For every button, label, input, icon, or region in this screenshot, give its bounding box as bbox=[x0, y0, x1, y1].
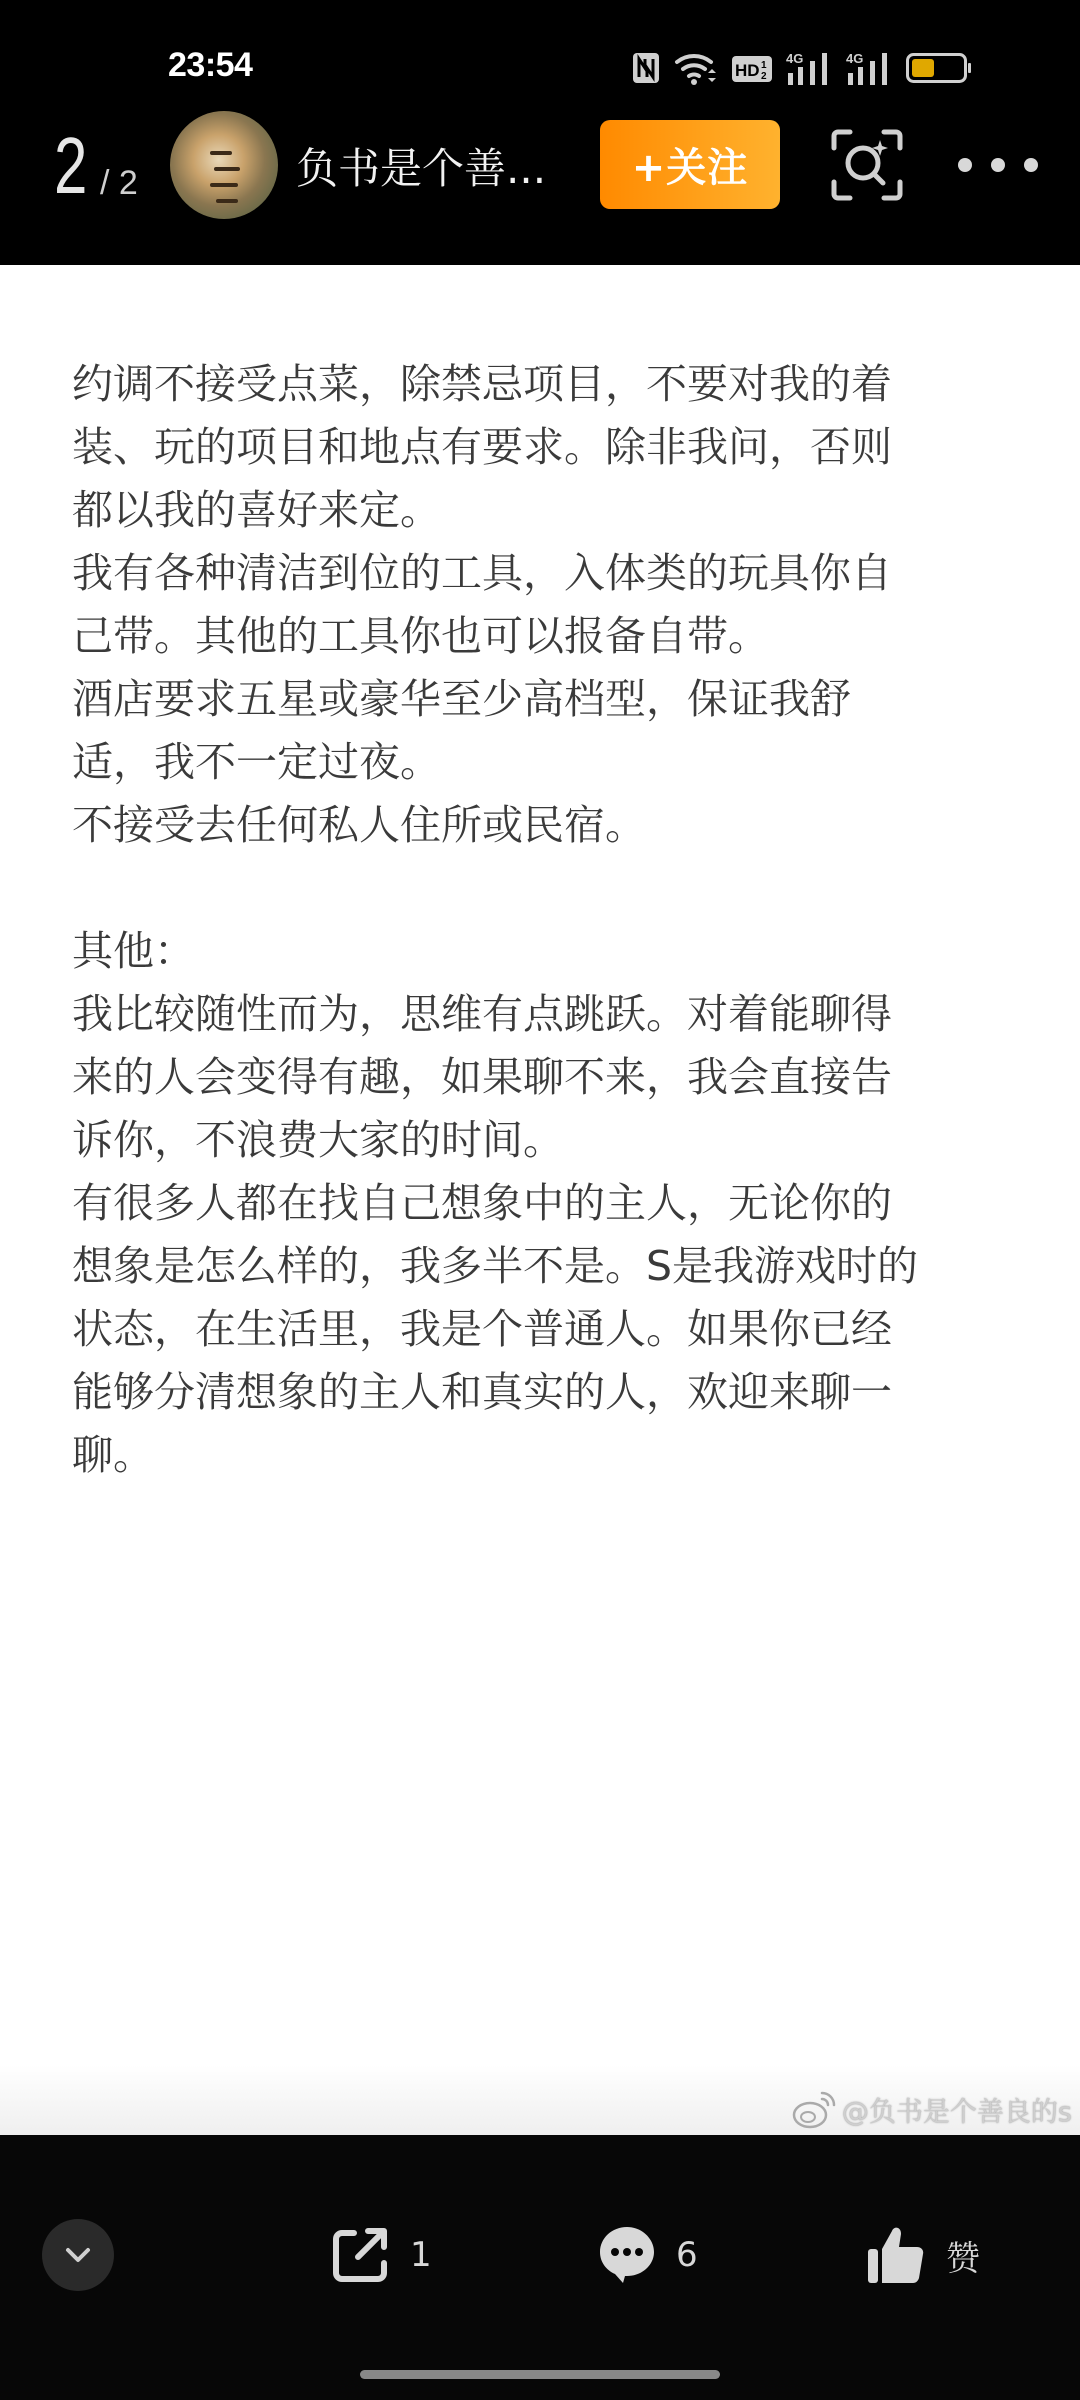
signal-4g-icon: 4G bbox=[846, 51, 892, 85]
nfc-icon bbox=[632, 52, 660, 84]
post-line: 适，我不一定过夜。 bbox=[72, 731, 1032, 794]
post-content: 约调不接受点菜，除禁忌项目，不要对我的着 装、玩的项目和地点有要求。除非我问，否… bbox=[0, 265, 1080, 2135]
scan-search-icon bbox=[830, 128, 904, 202]
home-indicator[interactable] bbox=[360, 2370, 720, 2379]
signal-4g-icon: 4G bbox=[786, 51, 832, 85]
page-indicator: 2 / 2 bbox=[54, 126, 99, 206]
post-line: 己带。其他的工具你也可以报备自带。 bbox=[72, 605, 1032, 668]
follow-button[interactable]: +关注 bbox=[600, 120, 780, 209]
weibo-logo-icon bbox=[792, 2089, 838, 2129]
post-line: 酒店要求五星或豪华至少高档型，保证我舒 bbox=[72, 668, 1032, 731]
scan-button[interactable] bbox=[830, 128, 904, 202]
post-line bbox=[72, 857, 1032, 920]
avatar[interactable] bbox=[170, 111, 278, 219]
post-line: 想象是怎么样的，我多半不是。S是我游戏时的 bbox=[72, 1235, 1032, 1298]
svg-text:4G: 4G bbox=[846, 51, 863, 66]
comment-button[interactable]: 6 bbox=[598, 2225, 698, 2285]
hd-volte-icon: HD12 bbox=[732, 54, 772, 82]
collapse-button[interactable] bbox=[42, 2219, 114, 2291]
thumbs-up-icon bbox=[866, 2225, 926, 2285]
battery-low-icon bbox=[906, 53, 972, 83]
post-line: 状态，在生活里，我是个普通人。如果你已经 bbox=[72, 1298, 1032, 1361]
more-dot-icon bbox=[1024, 158, 1038, 172]
bottom-action-bar: 1 6 赞 bbox=[0, 2135, 1080, 2400]
status-time: 23:54 bbox=[168, 46, 252, 85]
post-line: 能够分清想象的主人和真实的人，欢迎来聊一 bbox=[72, 1361, 1032, 1424]
repost-count: 1 bbox=[410, 2235, 432, 2275]
status-icons: HD12 4G 4G bbox=[632, 51, 972, 85]
svg-text:1: 1 bbox=[761, 60, 767, 71]
post-line: 都以我的喜好来定。 bbox=[72, 479, 1032, 542]
repost-icon bbox=[332, 2227, 390, 2283]
post-line: 我有各种清洁到位的工具，入体类的玩具你自 bbox=[72, 542, 1032, 605]
post-line: 聊。 bbox=[72, 1424, 1032, 1487]
post-line: 有很多人都在找自己想象中的主人，无论你的 bbox=[72, 1172, 1032, 1235]
more-dot-icon bbox=[991, 158, 1005, 172]
post-line: 来的人会变得有趣，如果聊不来，我会直接告 bbox=[72, 1046, 1032, 1109]
svg-text:4G: 4G bbox=[786, 51, 803, 66]
page-current: 2 bbox=[54, 126, 87, 206]
post-line: 我比较随性而为，思维有点跳跃。对着能聊得 bbox=[72, 983, 1032, 1046]
post-header: 2 / 2 负书是个善... +关注 bbox=[0, 100, 1080, 265]
like-button[interactable]: 赞 bbox=[866, 2225, 980, 2285]
repost-button[interactable]: 1 bbox=[332, 2225, 432, 2285]
post-line: 其他： bbox=[72, 920, 1032, 983]
comment-icon bbox=[598, 2225, 656, 2285]
comment-count: 6 bbox=[676, 2235, 698, 2275]
post-text: 约调不接受点菜，除禁忌项目，不要对我的着 装、玩的项目和地点有要求。除非我问，否… bbox=[72, 353, 1032, 1487]
more-dot-icon bbox=[958, 158, 972, 172]
watermark-text: @负书是个善良的s bbox=[842, 2090, 1072, 2129]
chevron-down-icon bbox=[65, 2247, 91, 2263]
page-total: / 2 bbox=[100, 164, 138, 203]
more-options-button[interactable] bbox=[958, 145, 1038, 185]
wifi-icon bbox=[674, 51, 718, 85]
post-line: 装、玩的项目和地点有要求。除非我问，否则 bbox=[72, 416, 1032, 479]
watermark: @负书是个善良的s bbox=[792, 2089, 1072, 2129]
username[interactable]: 负书是个善... bbox=[296, 136, 546, 196]
status-bar: 23:54 HD12 4G 4G bbox=[0, 0, 1080, 100]
svg-text:2: 2 bbox=[761, 71, 767, 82]
like-label: 赞 bbox=[946, 2231, 980, 2280]
post-line: 不接受去任何私人住所或民宿。 bbox=[72, 794, 1032, 857]
post-line: 诉你，不浪费大家的时间。 bbox=[72, 1109, 1032, 1172]
post-line: 约调不接受点菜，除禁忌项目，不要对我的着 bbox=[72, 353, 1032, 416]
svg-text:HD: HD bbox=[735, 61, 760, 80]
